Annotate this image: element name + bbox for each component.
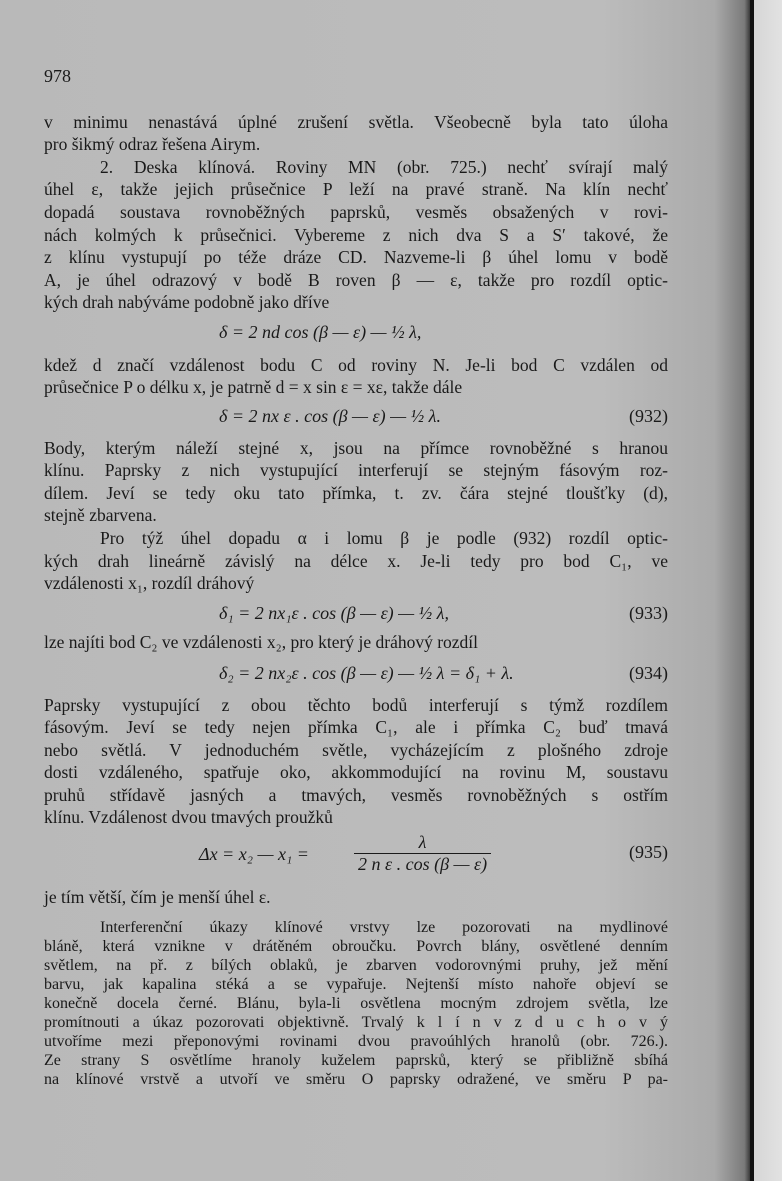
- text-line: Ze strany S osvětlíme hranoly kuželem pa…: [44, 1050, 668, 1071]
- text-line: dílem. Jeví se tedy oku tato přímka, t. …: [44, 483, 668, 504]
- text-line: průsečnice P o délku x, je patrně d = x …: [44, 377, 668, 398]
- equation-body: δ₁ = 2 nx₁ε . cos (β — ε) — ½ λ,: [219, 603, 449, 624]
- text-line: dopadá soustava rovnoběžných paprsků, ve…: [44, 202, 668, 223]
- equation-lhs: Δx = x₂ — x₁ =: [199, 844, 309, 865]
- text-line: lze najíti bod C₂ ve vzdálenosti x₂, pro…: [44, 632, 668, 653]
- text-line: v minimu nenastává úplné zrušení světla.…: [44, 112, 668, 133]
- text-line: klínu. Paprsky z nich vystupující interf…: [44, 460, 668, 481]
- equation-unnumbered: δ = 2 nd cos (β — ε) — ½ λ,: [44, 322, 668, 343]
- equation-number: (933): [629, 603, 668, 624]
- text-line: z klínu vystupují po téže dráze CD. Nazv…: [44, 247, 668, 268]
- text-line: Interferenční úkazy klínové vrstvy lze p…: [44, 917, 668, 938]
- text-line: bláně, která vznikne v drátěném obroučku…: [44, 936, 668, 957]
- text-line: klínu. Vzdálenost dvou tmavých proužků: [44, 807, 668, 828]
- text-line: dosti vzdáleného, spatřuje oko, akkommod…: [44, 762, 668, 783]
- equation-number: (932): [629, 406, 668, 427]
- equation-fraction: λ 2 n ε . cos (β — ε): [354, 832, 491, 875]
- text-line: utvoříme mezi přeponovými rovinami dvou …: [44, 1031, 668, 1052]
- text-line: úhel ε, takže jejich průsečnice P leží n…: [44, 179, 668, 200]
- text-line: vzdálenosti x₁, rozdíl dráhový: [44, 573, 668, 594]
- text-line: pruhů střídavě jasných a tmavých, vesměs…: [44, 785, 668, 806]
- text-line: je tím větší, čím je menší úhel ε.: [44, 887, 668, 908]
- fraction-numerator: λ: [354, 832, 491, 854]
- text-line: kdež d značí vzdálenost bodu C od roviny…: [44, 355, 668, 376]
- text-line: A, je úhel odrazový v bodě B roven β — ε…: [44, 270, 668, 291]
- text-line: Paprsky vystupující z obou těchto bodů i…: [44, 695, 668, 716]
- text-line: 2. Deska klínová. Roviny MN (obr. 725.) …: [44, 157, 668, 178]
- text-line: kých drah nabýváme podobně jako dříve: [44, 292, 668, 313]
- text-line: nách kolmých k průsečnici. Vybereme z ni…: [44, 225, 668, 246]
- text-line: promítnouti a úkaz pozorovati objektivně…: [44, 1012, 668, 1033]
- fraction-denominator: 2 n ε . cos (β — ε): [354, 854, 491, 875]
- text-line: Pro týž úhel dopadu α i lomu β je podle …: [44, 528, 668, 549]
- adjacent-page-edge: [754, 0, 782, 1181]
- text-line: barvu, jak kapalina stéká a se vypařuje.…: [44, 974, 668, 995]
- text-line: fásovým. Jeví se tedy nejen přímka C₁, a…: [44, 717, 668, 738]
- text-line: světlem, na př. z bílých oblaků, je zbar…: [44, 955, 668, 976]
- text-line: pro šikmý odraz řešena Airym.: [44, 134, 668, 155]
- equation-number: (934): [629, 663, 668, 684]
- equation-body: δ = 2 nx ε . cos (β — ε) — ½ λ.: [219, 406, 441, 427]
- text-line: stejně zbarvena.: [44, 505, 668, 526]
- text-line: Body, kterým náleží stejné x, jsou na př…: [44, 438, 668, 459]
- text-line: konečně docela černé. Blánu, byla-li osv…: [44, 993, 668, 1014]
- equation-body: δ₂ = 2 nx₂ε . cos (β — ε) — ½ λ = δ₁ + λ…: [219, 663, 514, 684]
- text-line: kých drah lineárně závislý na délce x. J…: [44, 551, 668, 572]
- equation-935: Δx = x₂ — x₁ = λ 2 n ε . cos (β — ε) (93…: [44, 832, 668, 876]
- text-line: na klínové vrstvě a utvoří ve směru O pa…: [44, 1069, 668, 1090]
- text-line: nebo světlá. V jednoduchém světle, vychá…: [44, 740, 668, 761]
- page-number: 978: [44, 66, 71, 87]
- equation-number: (935): [629, 842, 668, 863]
